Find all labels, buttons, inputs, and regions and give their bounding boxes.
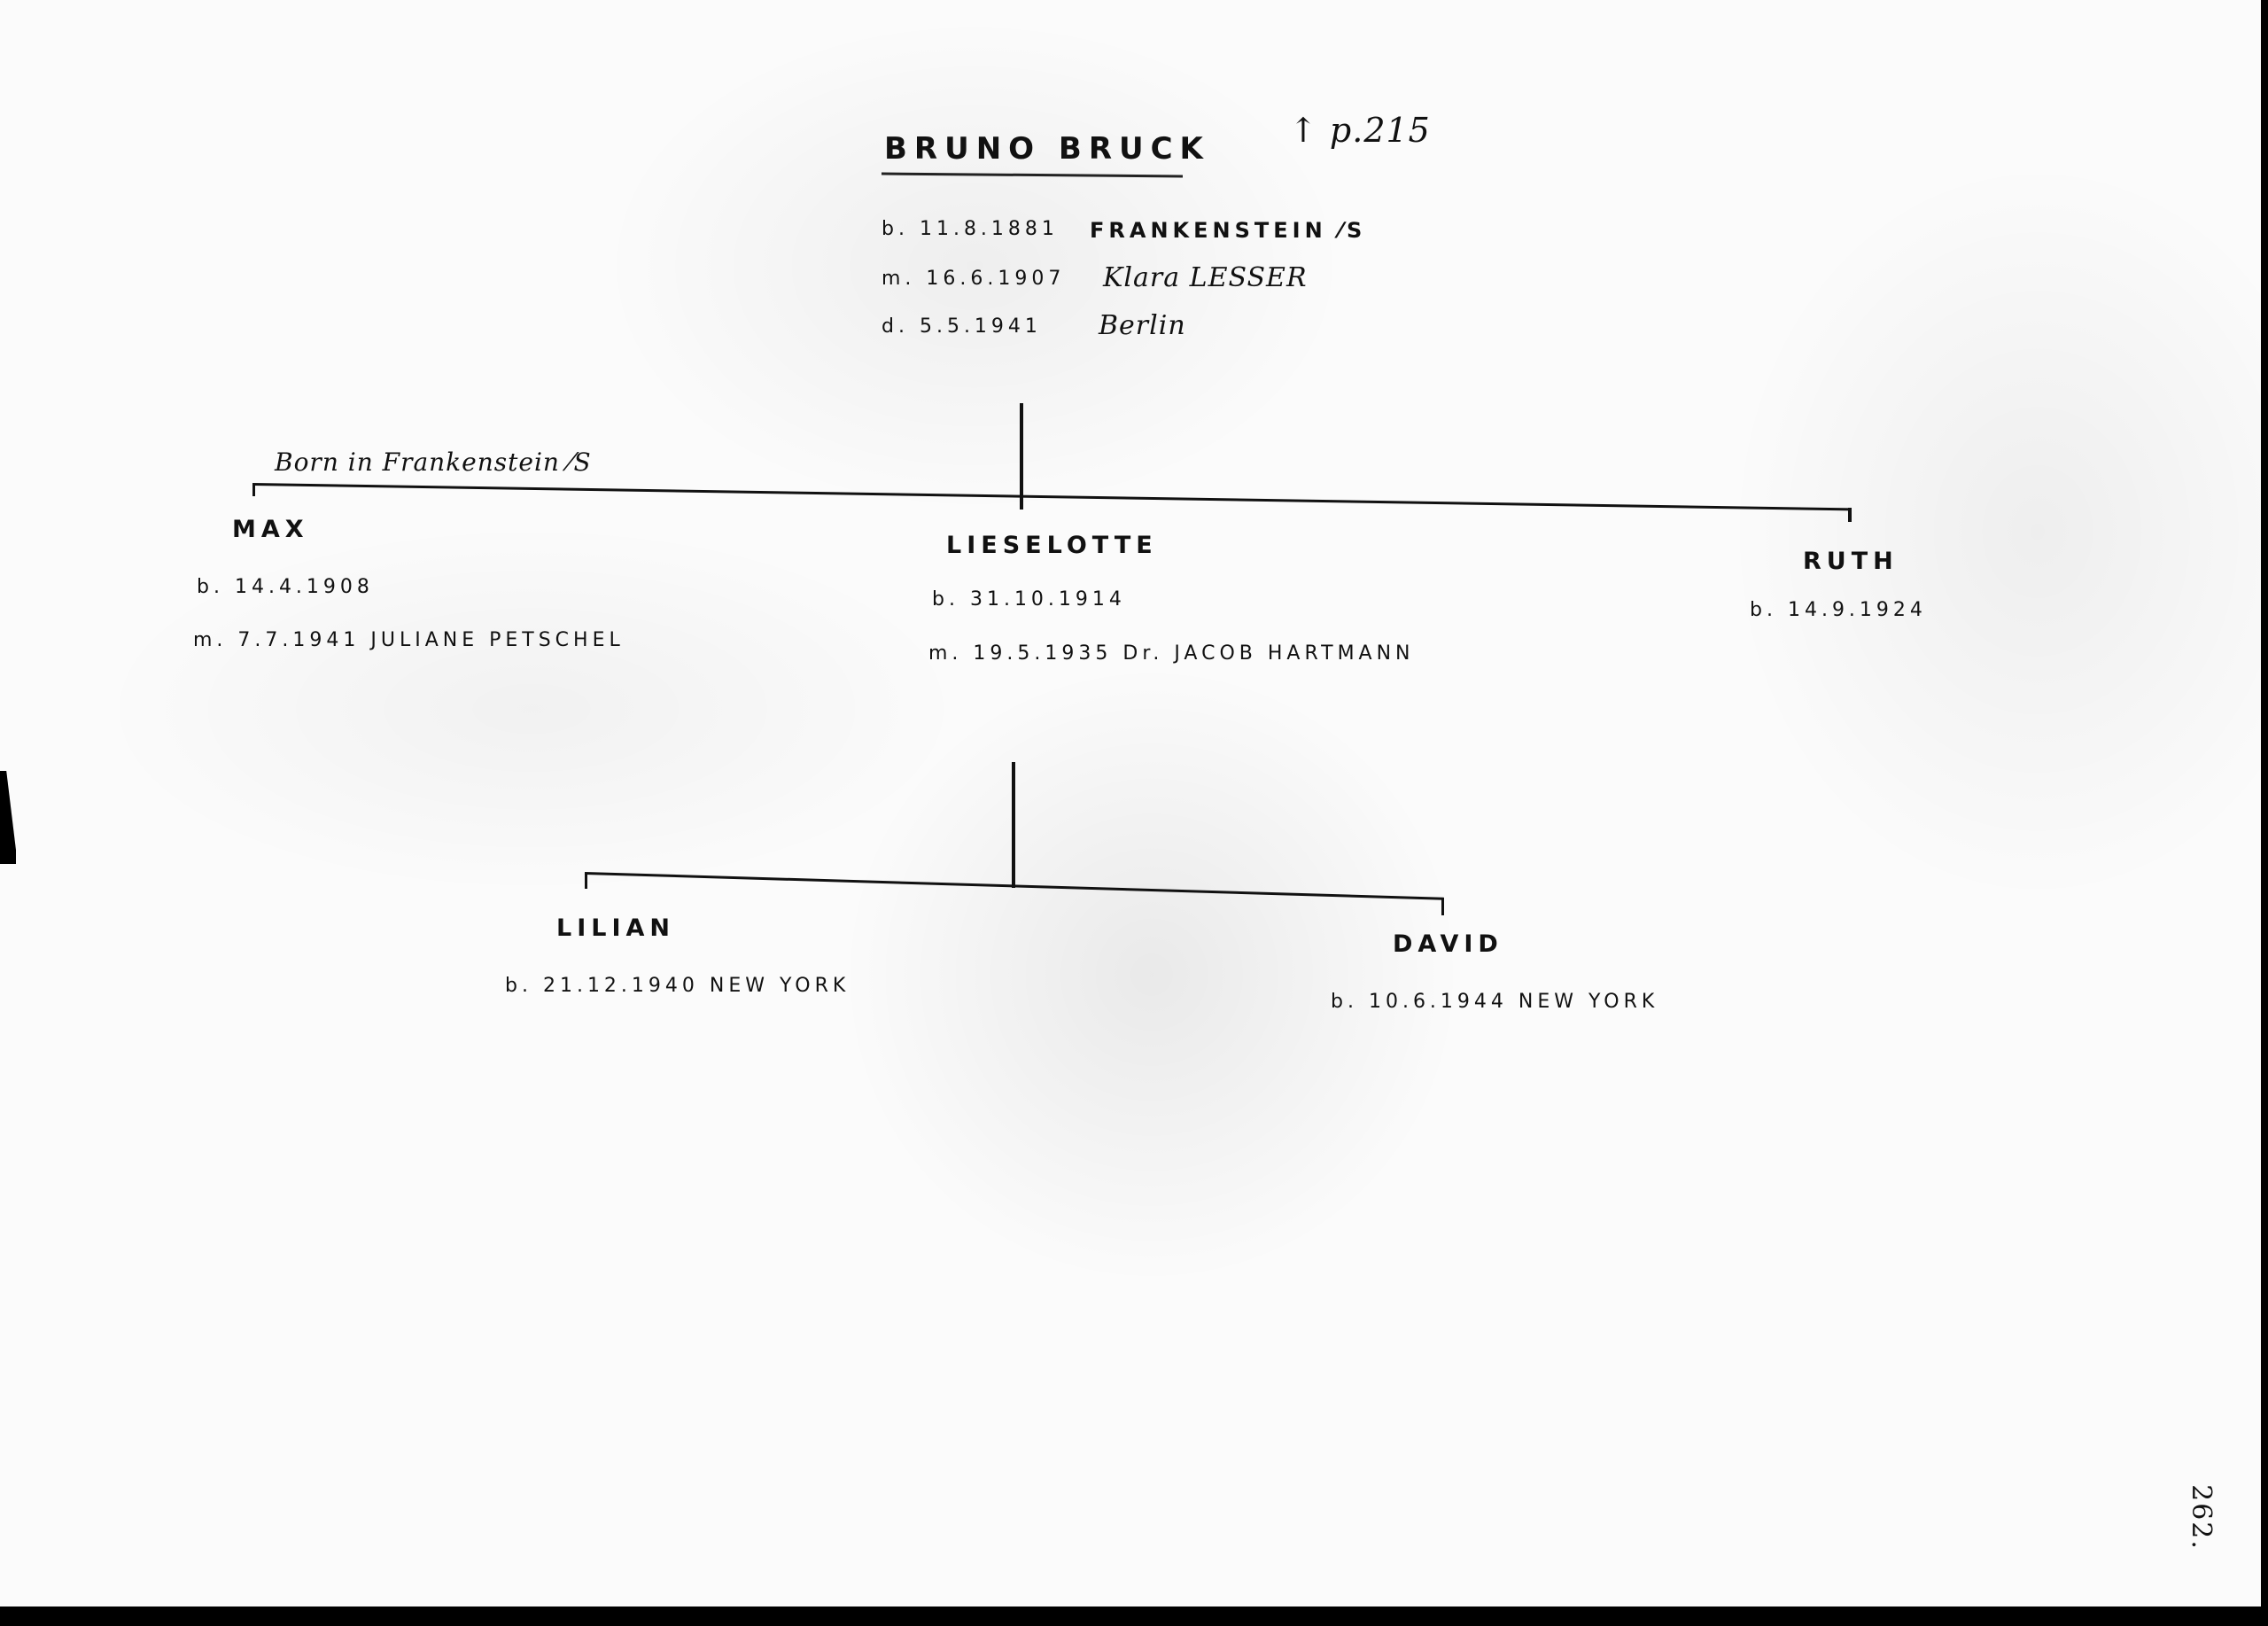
root-died-place: Berlin [1099,310,1186,341]
child-born-ruth: b. 14.9.1924 [1750,599,1927,621]
child-married-max: m. 7.7.1941 JULIANE PETSCHEL [193,629,625,651]
child-born-lieselotte: b. 31.10.1914 [932,588,1126,611]
child-married-lieselotte: m. 19.5.1935 Dr. JACOB HARTMANN [928,642,1415,665]
tree-stem-root [1020,403,1023,510]
child-born-max: b. 14.4.1908 [197,576,374,598]
grandchild-name-david: DAVID [1393,930,1503,958]
child-name-max: MAX [232,516,309,543]
child-name-lieselotte: LIESELOTTE [946,532,1158,559]
root-person-name: BRUNO BRUCK [884,131,1210,167]
root-spouse: Klara LESSER [1103,262,1308,293]
root-born-date: b. 11.8.1881 [882,218,1059,240]
title-underline [882,173,1183,178]
root-married-date: m. 16.6.1907 [882,268,1065,290]
grandchild-born-lilian: b. 21.12.1940 NEW YORK [505,975,850,997]
tree-tick-lilian [585,873,587,889]
tree-tick-ruth [1848,508,1852,522]
scan-edge-left-mark [0,771,16,864]
scanned-document-sheet: BRUNO BRUCK ↑ p.215 b. 11.8.1881 FRANKEN… [0,0,2268,1626]
root-died-date: d. 5.5.1941 [882,315,1042,338]
tree-stem-lieselotte [1012,762,1015,888]
grandchild-name-lilian: LILIAN [556,914,675,942]
children-note: Born in Frankenstein ⁄S [275,447,592,477]
tree-tick-max [252,486,255,496]
page-reference: ↑ p.215 [1289,111,1431,150]
page-number: 262. [2186,1484,2217,1551]
scan-edge-right [2261,0,2268,1626]
tree-tick-david [1441,898,1444,915]
tree-branch-children [252,483,1852,510]
root-born-place: FRANKENSTEIN ⁄S [1090,218,1366,243]
grandchild-born-david: b. 10.6.1944 NEW YORK [1331,991,1658,1013]
child-name-ruth: RUTH [1803,548,1899,575]
scan-edge-bottom [0,1607,2268,1626]
